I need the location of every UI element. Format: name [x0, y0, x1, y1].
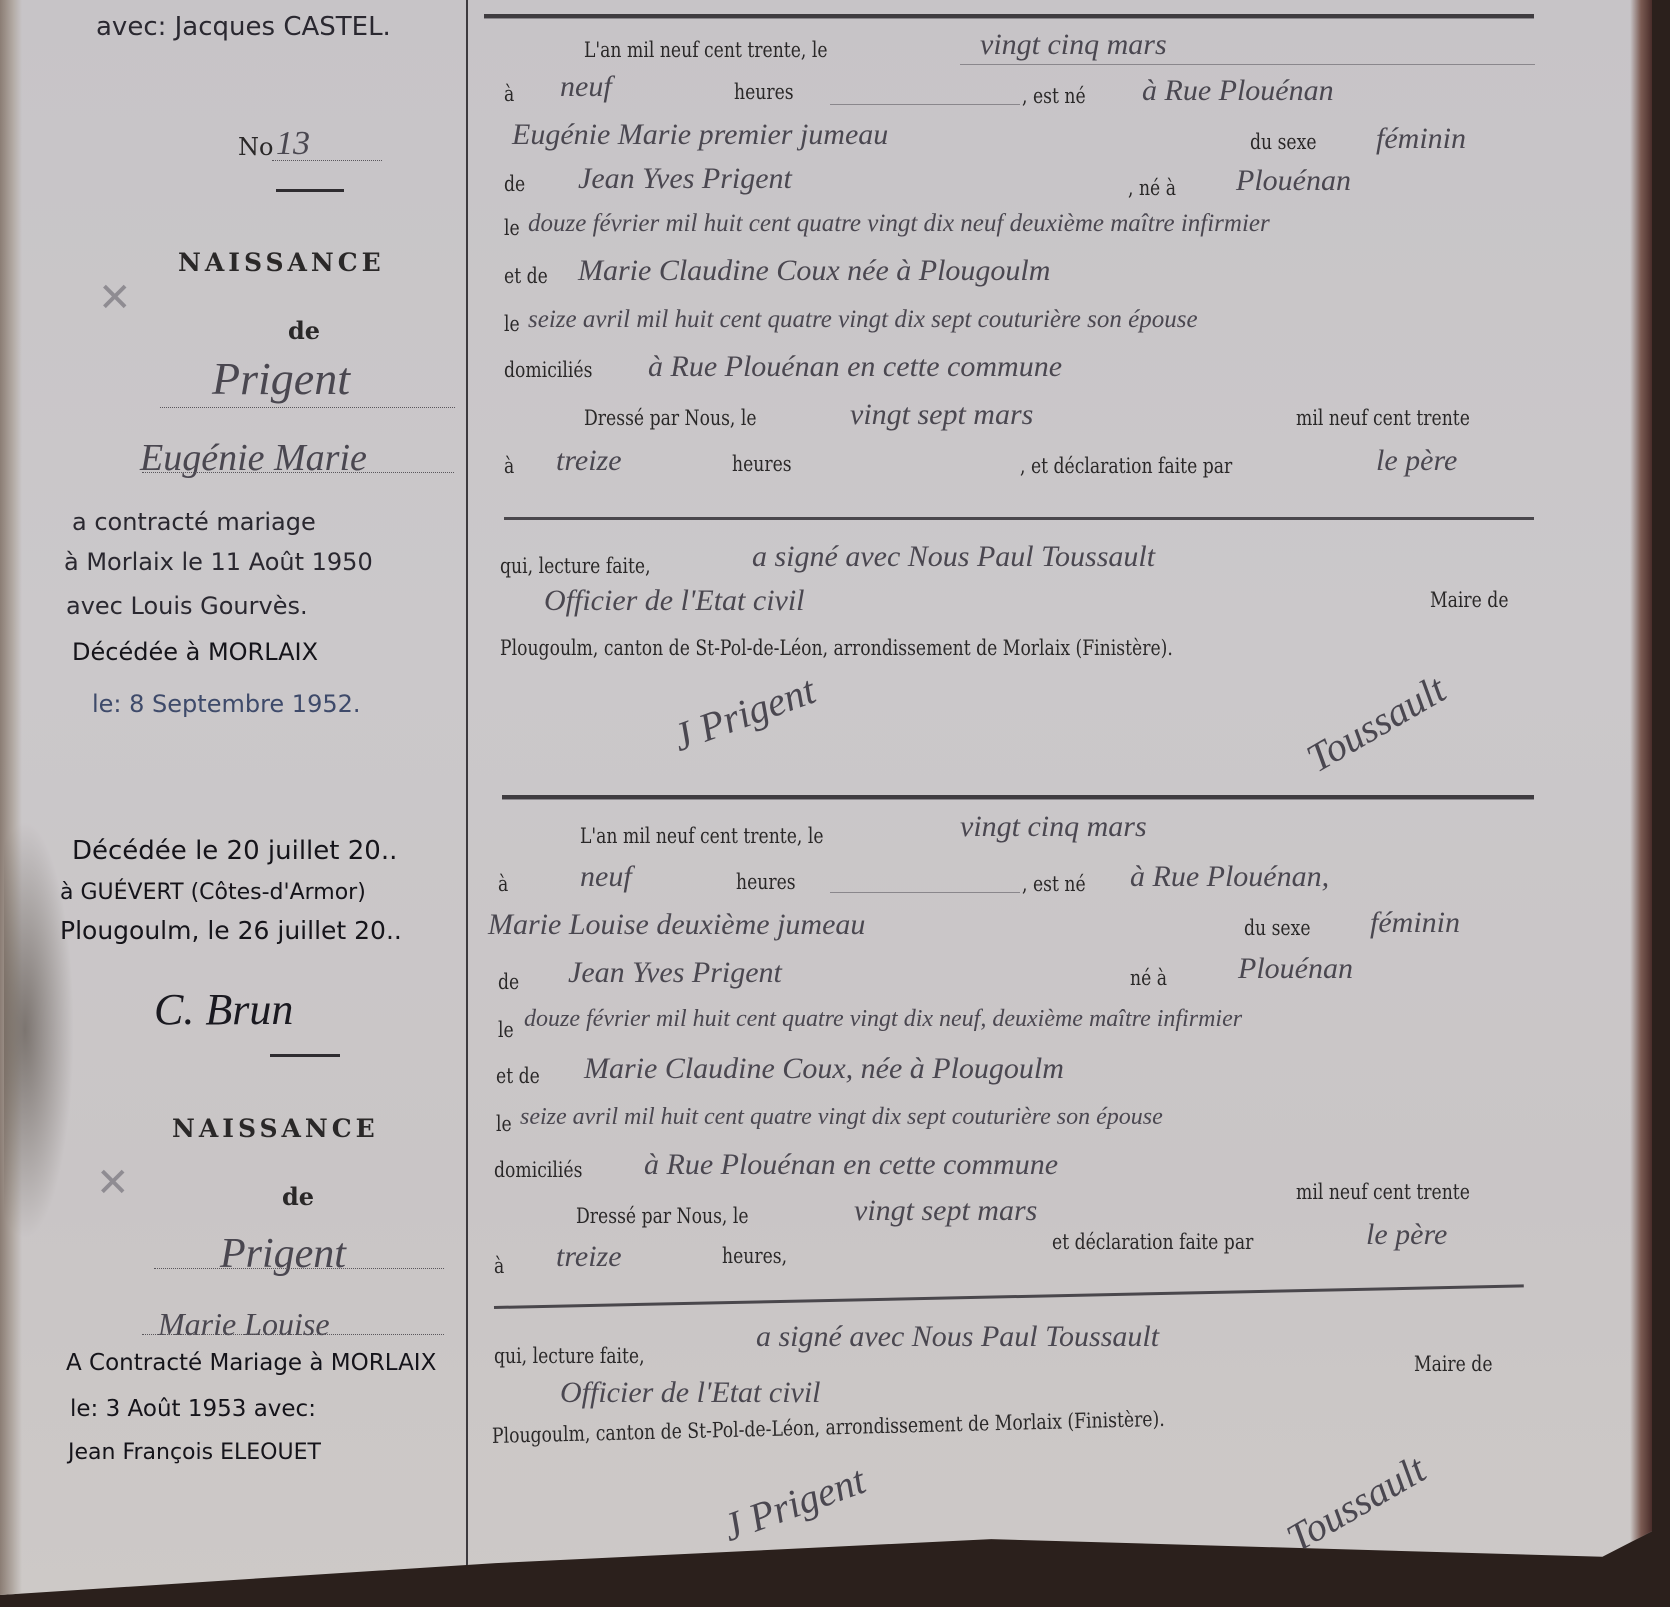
entry2-annotation: Jean François ELEOUET: [68, 1440, 321, 1465]
record-number-label: No: [238, 133, 273, 161]
act1-mid-rule: [504, 517, 1534, 520]
act1-ne-a: , né à: [1128, 176, 1176, 200]
act2-commune: Plougoulm, canton de St-Pol-de-Léon, arr…: [492, 1407, 1165, 1448]
act2-hour: neuf: [580, 860, 632, 894]
act1-year: mil neuf cent trente: [1296, 406, 1470, 430]
act2-top-rule: [502, 795, 1534, 800]
entry2-de: de: [282, 1182, 314, 1211]
entry1-surname-line: [160, 407, 455, 408]
act1-commune: Plougoulm, canton de St-Pol-de-Léon, arr…: [500, 636, 1173, 660]
entry1-annotation: le: 8 Septembre 1952.: [92, 690, 361, 718]
entry1-heading: NAISSANCE: [178, 248, 385, 277]
entry1-annotation: avec Louis Gourvès.: [66, 592, 308, 620]
act1-heures2: heures: [732, 452, 792, 476]
act2-domicile: à Rue Plouénan en cette commune: [644, 1148, 1058, 1182]
act1-domicile: à Rue Plouénan en cette commune: [648, 350, 1062, 384]
act2-declaration: et déclaration faite par: [1052, 1230, 1253, 1254]
act2-year: mil neuf cent trente: [1296, 1180, 1470, 1204]
entry1-de: de: [288, 316, 320, 345]
act2-father-details: douze février mil huit cent quatre vingt…: [524, 1006, 1242, 1033]
entry1-given-names: Eugénie Marie: [140, 436, 367, 480]
act2-sex: féminin: [1370, 906, 1460, 940]
act1-line1-rule: [960, 64, 1535, 65]
act1-domicilies: domiciliés: [504, 358, 592, 382]
entry2-death-note: Plougoulm, le 26 juillet 20..: [60, 916, 402, 945]
act1-father-details: douze février mil huit cent quatre vingt…: [528, 210, 1270, 238]
act1-de: de: [504, 172, 525, 196]
act2-le: le: [498, 1018, 514, 1042]
act1-father: Jean Yves Prigent: [578, 162, 792, 196]
act2-domicilies: domiciliés: [494, 1158, 582, 1182]
act2-mid-rule: [494, 1284, 1524, 1309]
act2-signature-mayor: Toussault: [1278, 1445, 1433, 1562]
entry1-annotation: a contracté mariage: [72, 508, 316, 536]
act1-declarant: le père: [1376, 444, 1457, 478]
act1-le: le: [504, 216, 520, 240]
margin-signature: C. Brun: [154, 984, 293, 1035]
entry1-annotation: Décédée à MORLAIX: [72, 638, 318, 666]
act1-father-birthplace: Plouénan: [1236, 164, 1351, 198]
act1-est-ne: , est né: [1022, 84, 1086, 108]
act2-signature-father: J Prigent: [716, 1456, 871, 1551]
entry1-surname: Prigent: [212, 352, 350, 405]
record-number-line: [272, 160, 382, 161]
act2-heures: heures: [736, 870, 796, 894]
act1-drawn-hour: treize: [556, 444, 622, 478]
entry1-annotation: à Morlaix le 11 Août 1950: [64, 548, 373, 576]
act1-drawn-date: vingt sept mars: [850, 398, 1033, 432]
entry2-heading: NAISSANCE: [172, 1114, 379, 1143]
act2-drawn-hour: treize: [556, 1240, 622, 1274]
act1-line1-print: L'an mil neuf cent trente, le: [584, 38, 828, 62]
act1-declaration: , et déclaration faite par: [1020, 454, 1232, 478]
act2-signed-with: a signé avec Nous Paul Toussault: [756, 1320, 1159, 1354]
act2-le2: le: [496, 1112, 512, 1136]
record-number: 13: [276, 125, 310, 163]
entry2-annotation: A Contracté Mariage à MORLAIX: [66, 1350, 436, 1376]
act1-dresse: Dressé par Nous, le: [584, 406, 757, 430]
record-number-rule: [276, 189, 344, 192]
entry1-given-line: [142, 472, 454, 473]
act2-father-birthplace: Plouénan: [1238, 952, 1353, 986]
page-spine: [0, 0, 22, 1595]
margin-signature-rule: [270, 1054, 340, 1057]
act2-date: vingt cinq mars: [960, 810, 1147, 844]
act1-officer: Officier de l'Etat civil: [544, 584, 805, 618]
act2-dresse: Dressé par Nous, le: [576, 1204, 749, 1228]
entry2-death-note: à GUÉVERT (Côtes-d'Armor): [60, 880, 366, 905]
act1-et-de: et de: [504, 264, 548, 288]
act1-lecture: qui, lecture faite,: [500, 554, 651, 578]
act2-est-ne: , est né: [1022, 872, 1086, 896]
margin-top-note: avec: Jacques CASTEL.: [96, 12, 391, 42]
act1-le2: le: [504, 312, 520, 336]
act1-sex: féminin: [1376, 122, 1466, 156]
act2-sexe-label: du sexe: [1244, 916, 1311, 940]
act1-birth-place: à Rue Plouénan: [1142, 74, 1334, 108]
act2-ne-a: né à: [1130, 966, 1167, 990]
act1-date: vingt cinq mars: [980, 28, 1167, 62]
act2-declarant: le père: [1366, 1218, 1447, 1252]
cross-mark-icon: ✕: [96, 1160, 130, 1206]
act1-a2: à: [504, 454, 514, 478]
act2-mother-details: seize avril mil huit cent quatre vingt d…: [520, 1104, 1163, 1131]
act2-line2-a: à: [498, 872, 508, 896]
entry2-annotation: le: 3 Août 1953 avec:: [70, 1396, 316, 1422]
act1-sexe-label: du sexe: [1250, 130, 1317, 154]
act1-signature-mayor: Toussault: [1298, 665, 1453, 782]
register-page: avec: Jacques CASTEL. No 13 NAISSANCE ✕ …: [0, 0, 1652, 1595]
act1-maire-de: Maire de: [1430, 588, 1509, 612]
act1-line2-a: à: [504, 82, 514, 106]
act1-heures: heures: [734, 80, 794, 104]
entry2-given-line: [142, 1334, 444, 1335]
entry2-surname: Prigent: [220, 1230, 346, 1278]
act2-drawn-date: vingt sept mars: [854, 1194, 1037, 1228]
act1-mother: Marie Claudine Coux née à Plougoulm: [578, 254, 1050, 288]
act1-signed-with: a signé avec Nous Paul Toussault: [752, 540, 1155, 574]
act2-de: de: [498, 970, 519, 994]
act2-child-name: Marie Louise deuxième jumeau: [488, 908, 865, 942]
act2-maire-de: Maire de: [1414, 1352, 1493, 1376]
act2-a2: à: [494, 1254, 504, 1278]
column-divider: [466, 0, 468, 1590]
act2-officer: Officier de l'Etat civil: [560, 1376, 821, 1410]
act2-father: Jean Yves Prigent: [568, 956, 782, 990]
act1-signature-father: J Prigent: [666, 666, 821, 761]
act2-mother: Marie Claudine Coux, née à Plougoulm: [584, 1052, 1064, 1086]
act1-hour: neuf: [560, 70, 612, 104]
entry2-given-names: Marie Louise: [158, 1306, 330, 1343]
act1-top-rule: [484, 14, 1534, 19]
act1-heures-rule: [830, 104, 1020, 105]
act2-heures-rule: [830, 892, 1020, 893]
entry2-surname-line: [154, 1268, 444, 1269]
entry2-death-note: Décédée le 20 juillet 20..: [72, 836, 397, 866]
act2-et-de: et de: [496, 1064, 540, 1088]
act2-heures2: heures,: [722, 1244, 787, 1268]
act2-line1-print: L'an mil neuf cent trente, le: [580, 824, 824, 848]
page-edge: [1630, 0, 1652, 1560]
cross-mark-icon: ✕: [98, 275, 132, 321]
act1-mother-details: seize avril mil huit cent quatre vingt d…: [528, 306, 1198, 334]
act2-lecture: qui, lecture faite,: [494, 1344, 645, 1368]
act1-child-name: Eugénie Marie premier jumeau: [512, 118, 888, 152]
act2-birth-place: à Rue Plouénan,: [1130, 860, 1329, 894]
